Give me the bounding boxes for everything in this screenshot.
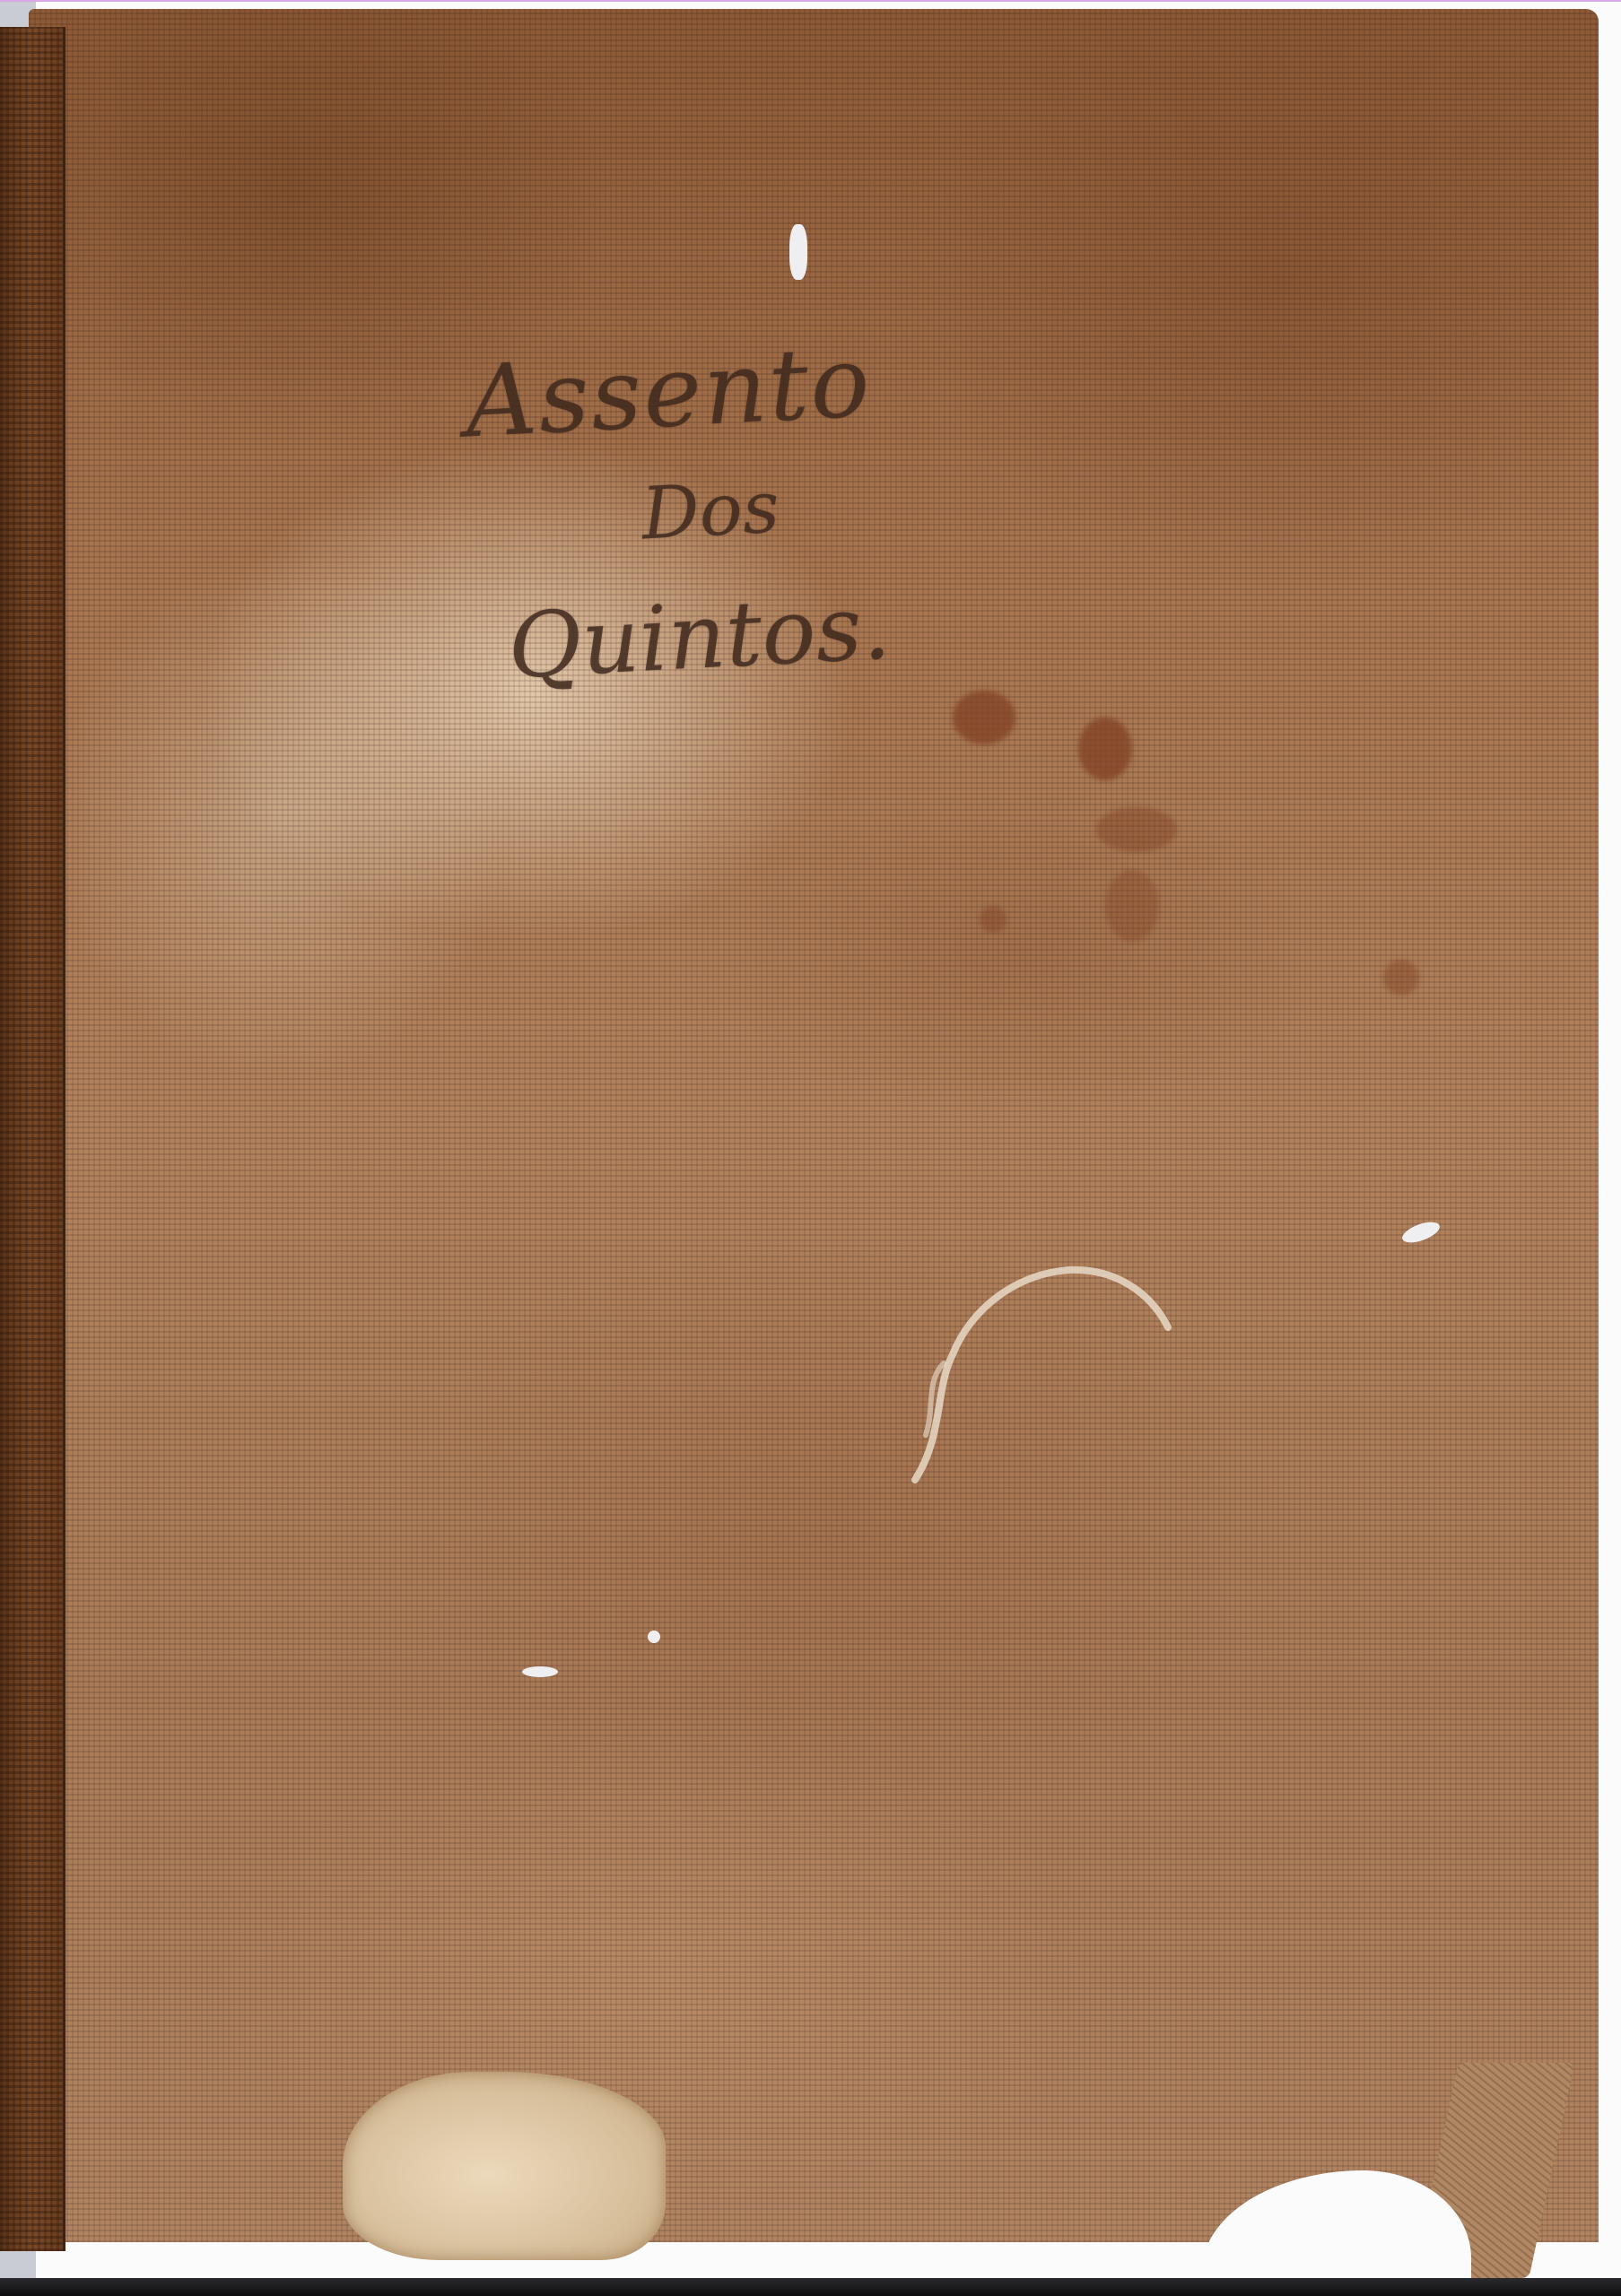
cloth-hole: [522, 1666, 558, 1677]
stain: [1078, 717, 1132, 780]
title-line-2: Dos: [404, 459, 1016, 562]
stain: [953, 691, 1015, 744]
scanner-edge-line: [0, 0, 1621, 2]
scanner-bottom-edge: [0, 2278, 1621, 2296]
chalk-scratch-mark: [908, 1256, 1177, 1489]
book-spine: [0, 27, 65, 2251]
cloth-hole: [648, 1631, 660, 1643]
book-cover: Assento Dos Quintos.: [29, 9, 1599, 2242]
stain: [1105, 870, 1159, 942]
stain: [1096, 807, 1177, 852]
scanner-background-right: [1599, 0, 1621, 2278]
scanned-book-cover: Assento Dos Quintos.: [0, 0, 1621, 2296]
handwritten-title: Assento Dos Quintos.: [379, 325, 1024, 698]
cloth-hole: [789, 224, 807, 280]
torn-area-exposed-board: [343, 2072, 666, 2260]
stain: [980, 906, 1007, 933]
stain: [1383, 960, 1419, 996]
